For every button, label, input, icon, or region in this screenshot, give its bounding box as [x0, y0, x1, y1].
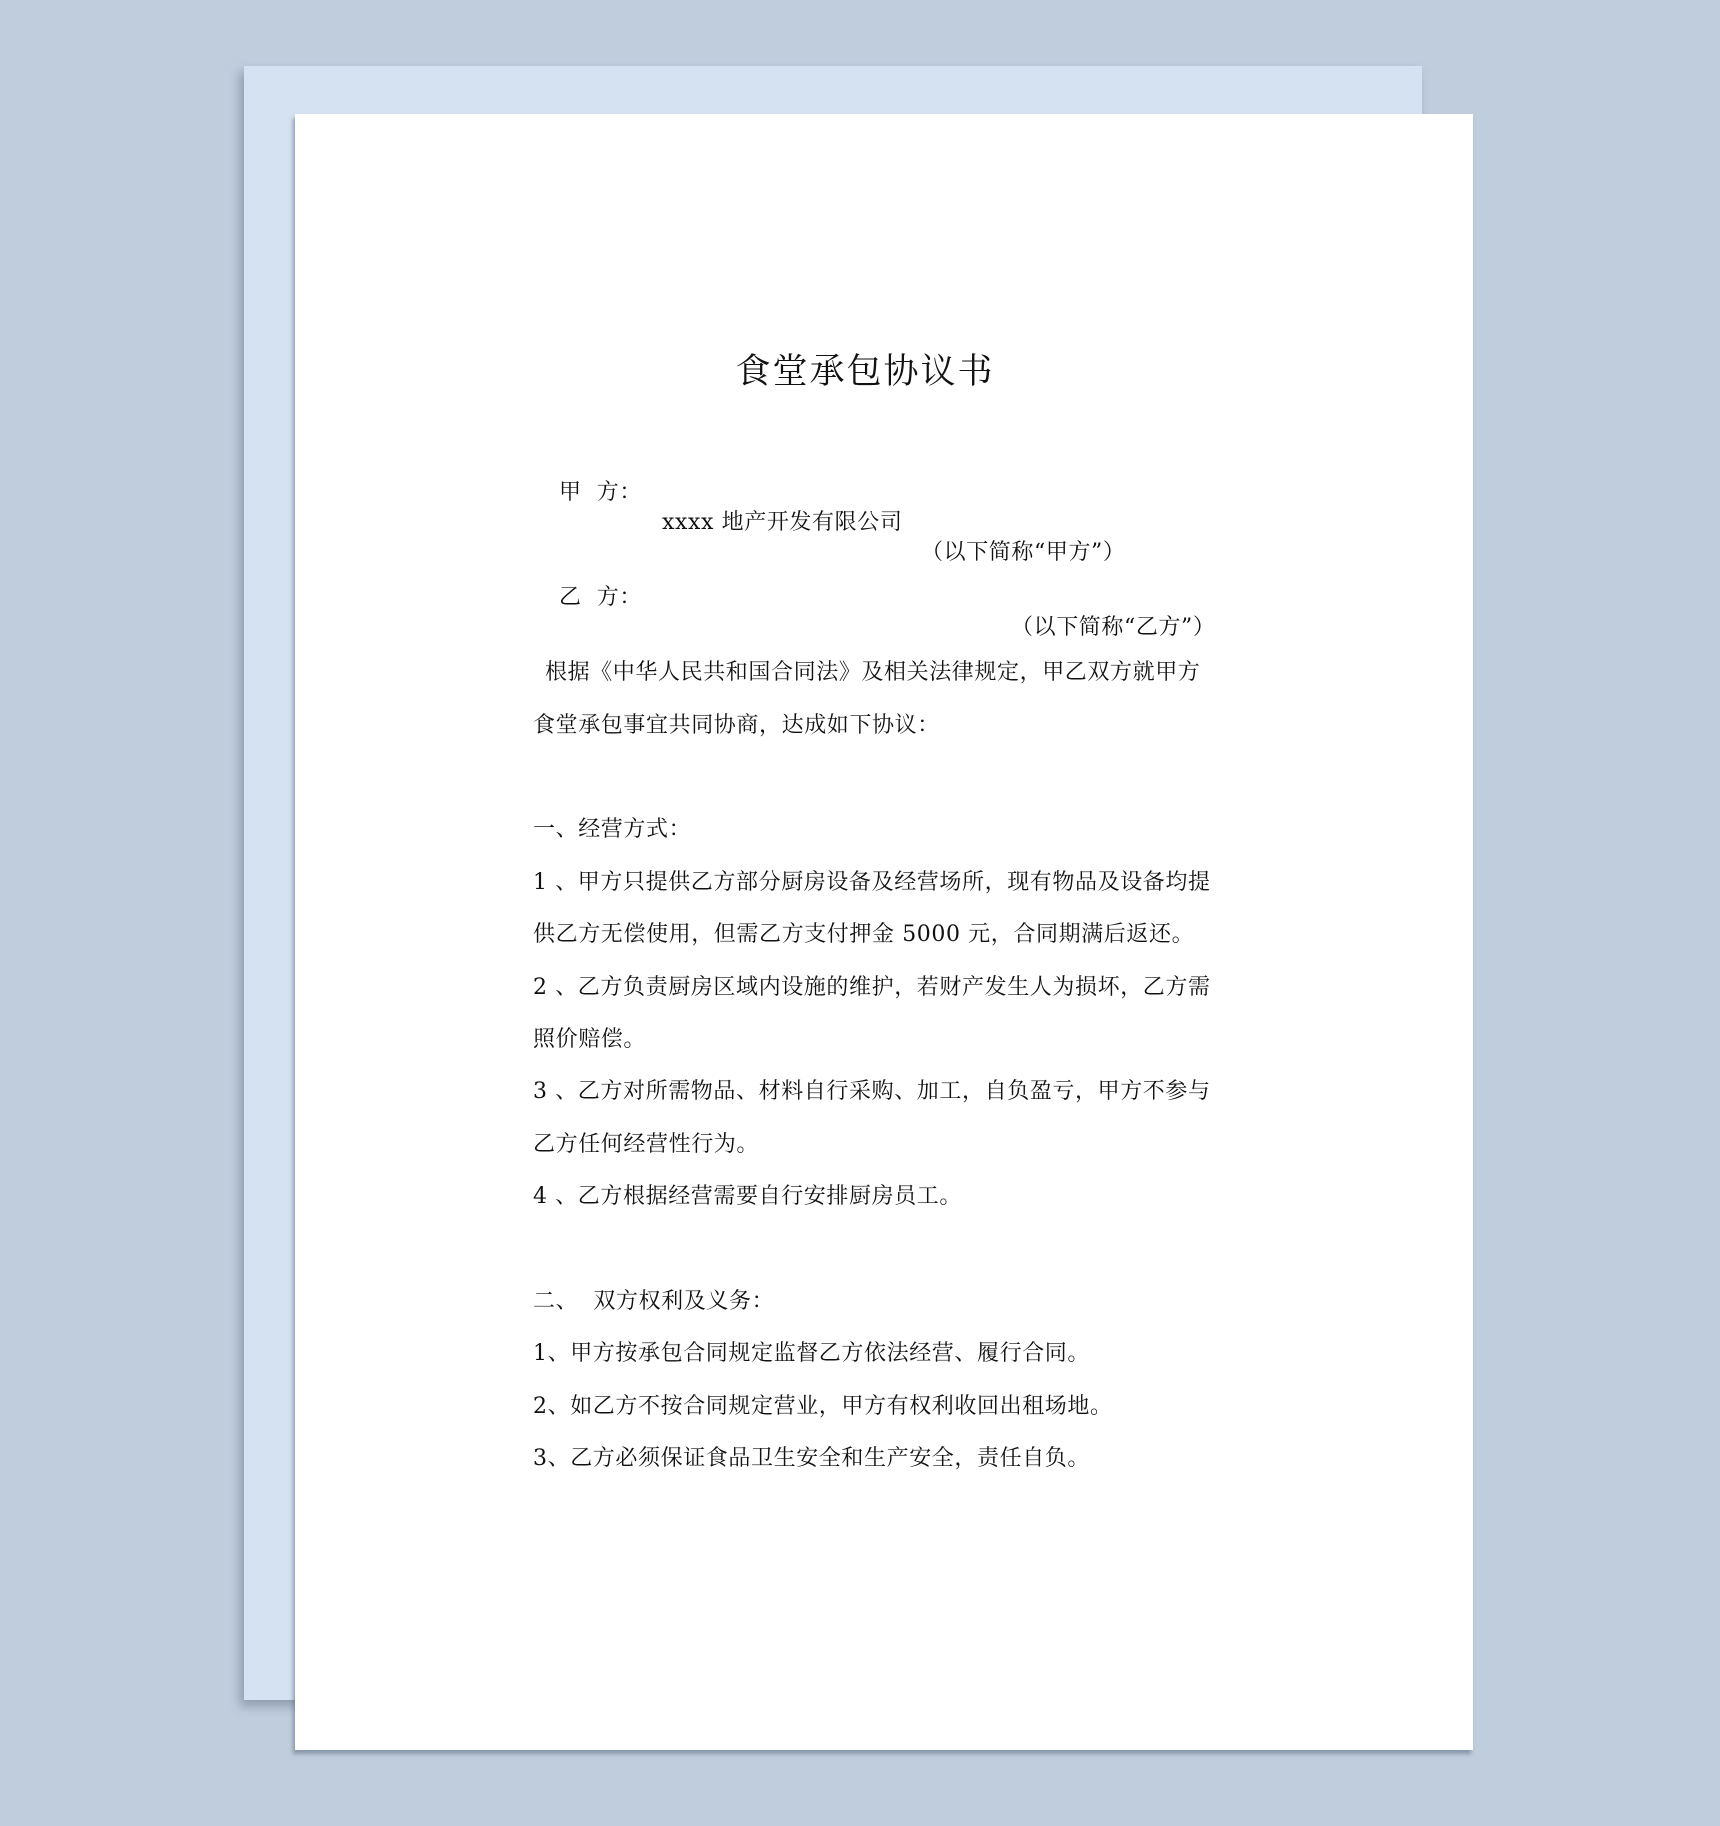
party-a-line: 甲 方： xxxx 地产开发有限公司 （以下简称“甲方”） — [0, 448, 1720, 478]
party-b-line: 乙 方： （以下简称“乙方”） — [0, 553, 1720, 583]
section-1-line: 供乙方无偿使用，但需乙方支付押金 5000 元，合同期满后返还。 — [533, 920, 1194, 950]
section-2-line: 2、如乙方不按合同规定营业，甲方有权利收回出租场地。 — [533, 1392, 1113, 1422]
section-2-line: 1、甲方按承包合同规定监督乙方依法经营、履行合同。 — [533, 1339, 1090, 1369]
preamble-line-2: 食堂承包事宜共同协商，达成如下协议： — [533, 711, 940, 741]
document-title: 食堂承包协议书 — [0, 350, 1720, 394]
section-1-line: 1 、甲方只提供乙方部分厨房设备及经营场所，现有物品及设备均提 — [533, 868, 1211, 898]
party-a-label: 甲 方： — [559, 478, 642, 508]
section-1-line: 照价赔偿。 — [533, 1025, 646, 1055]
party-b-note: （以下简称“乙方”） — [1011, 613, 1216, 643]
section-1-line: 2 、乙方负责厨房区域内设施的维护，若财产发生人为损坏，乙方需 — [533, 973, 1211, 1003]
party-a-name: xxxx 地产开发有限公司 — [662, 508, 902, 538]
section-1-line: 乙方任何经营性行为。 — [533, 1130, 759, 1160]
section-2-heading: 二、 双方权利及义务： — [533, 1287, 774, 1317]
section-2-line: 3、乙方必须保证食品卫生安全和生产安全，责任自负。 — [533, 1444, 1090, 1474]
party-b-label: 乙 方： — [559, 583, 642, 613]
preamble-line-1: 根据《中华人民共和国合同法》及相关法律规定，甲乙双方就甲方 — [545, 658, 1200, 688]
section-1-line: 3 、乙方对所需物品、材料自行采购、加工，自负盈亏，甲方不参与 — [533, 1077, 1211, 1107]
section-1-heading: 一、经营方式： — [533, 815, 691, 845]
section-1-line: 4 、乙方根据经营需要自行安排厨房员工。 — [533, 1182, 962, 1212]
